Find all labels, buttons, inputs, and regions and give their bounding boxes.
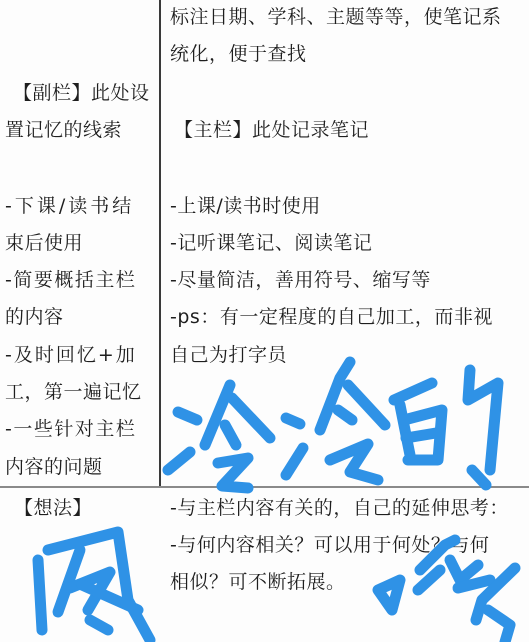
cue-item-8: 内容的问题 <box>5 455 103 479</box>
main-item-1: -上课/读书时使用 <box>170 194 321 218</box>
cue-item-4: 的内容 <box>5 305 64 329</box>
watermark-char-2 <box>286 362 385 480</box>
main-top-line-2: 统化，便于查找 <box>170 42 307 66</box>
summary-heading: 【想法】 <box>14 496 92 520</box>
watermark-char-1 <box>168 385 270 488</box>
main-item-3: -尽量简洁，善用符号、缩写等 <box>170 268 431 292</box>
summary-item-1: -与主栏内容有关的，自己的延伸思考： <box>170 496 509 520</box>
cue-item-5: -及时回忆+加 <box>5 343 137 367</box>
cue-item-1: -下课/读书结 <box>5 194 134 218</box>
cue-heading-line-2: 置记忆的线索 <box>5 118 122 142</box>
watermark-char-3 <box>394 370 498 485</box>
cue-item-3: -简要概括主栏 <box>5 268 136 292</box>
main-item-2: -记听课笔记、阅读笔记 <box>170 231 372 255</box>
summary-item-2: -与何内容相关？可以用于何处？与何 <box>170 533 489 557</box>
cue-heading-line-1: 【副栏】此处设 <box>13 81 150 105</box>
column-divider-vertical <box>159 0 161 488</box>
main-top-line-1: 标注日期、学科、主题等等，使笔记系 <box>170 5 502 29</box>
summary-item-3: 相似？可不断拓展。 <box>170 570 346 594</box>
cornell-notes-page: 标注日期、学科、主题等等，使笔记系 统化，便于查找 【主栏】此处记录笔记 -上课… <box>0 0 529 642</box>
main-column-heading: 【主栏】此处记录笔记 <box>174 118 369 142</box>
main-item-5: 自己为打字员 <box>170 343 287 367</box>
main-item-4: -ps：有一定程度的自己加工，而非视 <box>170 305 493 329</box>
watermark-char-4 <box>38 532 150 640</box>
cue-item-2: 束后使用 <box>5 231 83 255</box>
cue-item-7: -一些针对主栏 <box>5 417 136 441</box>
section-divider-horizontal <box>0 486 529 488</box>
cue-item-6: 工，第一遍记忆 <box>5 380 142 404</box>
